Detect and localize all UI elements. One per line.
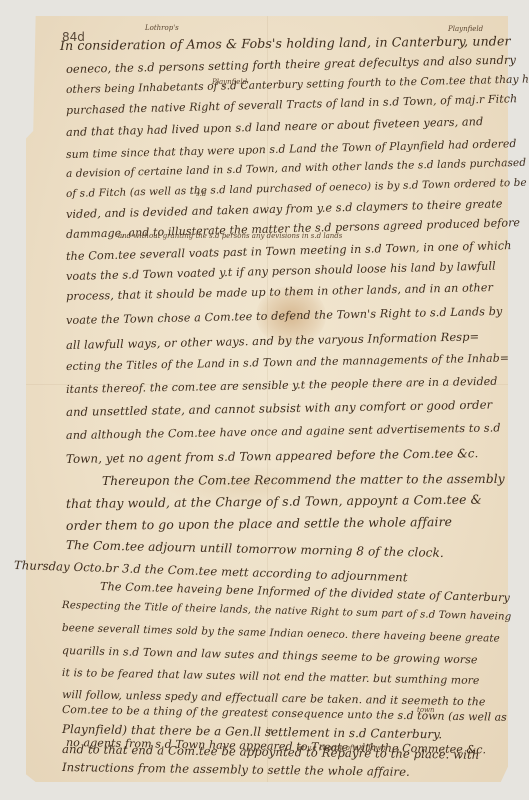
interlinear-insertion: Playnfield (212, 78, 247, 86)
interlinear-insertion: s.d (196, 190, 206, 198)
interlinear-insertion: in (266, 727, 273, 735)
interlinear-insertion: Lothrop's (145, 24, 179, 32)
manuscript-line: Thereupon the Com.tee Recommend the matt… (102, 472, 505, 488)
interlinear-insertion: and without granting the s.d persons any… (118, 232, 342, 240)
interlinear-insertion: at y.e charge of s.d Town (298, 744, 386, 752)
interlinear-insertion: Playnfield (448, 25, 483, 33)
interlinear-insertion: town (417, 706, 435, 714)
